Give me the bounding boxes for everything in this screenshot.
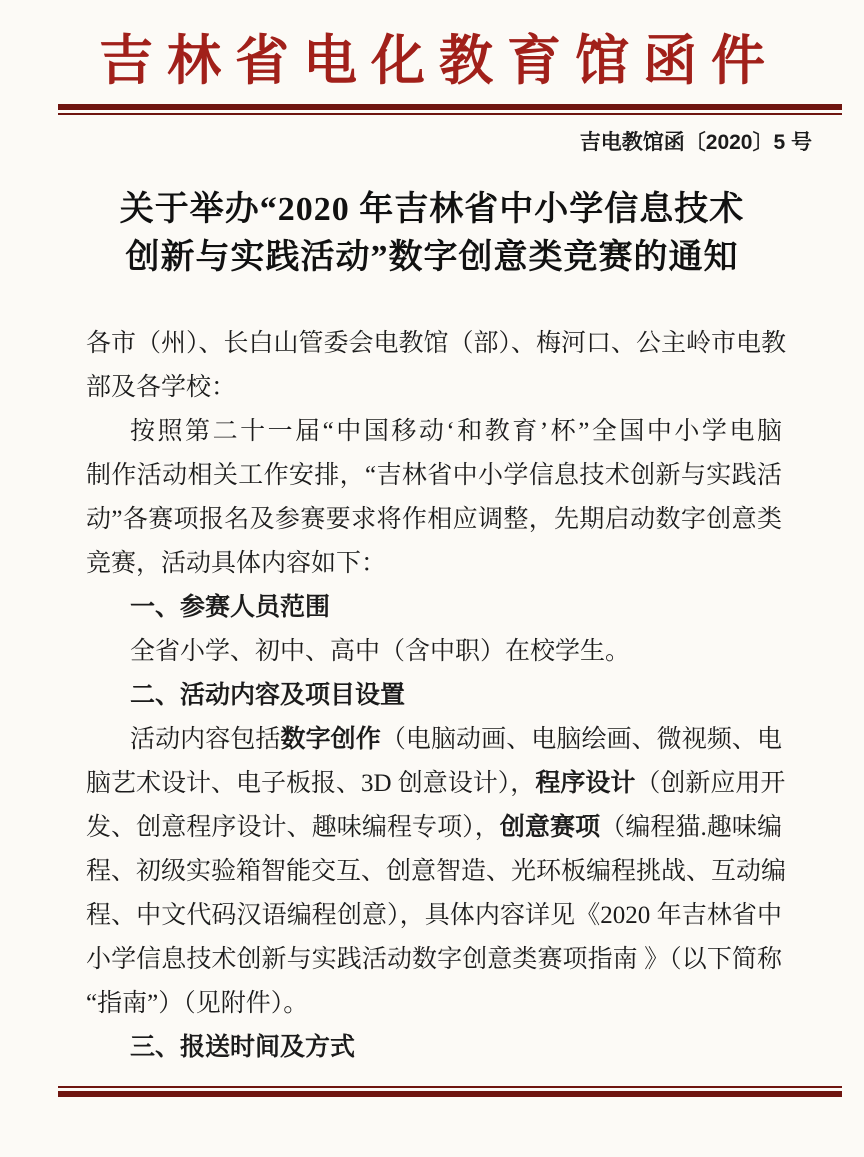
body-line: 按照第二十一届“中国移动‘和教育’杯”全国中小学电脑 — [86, 410, 782, 454]
body-text: 三、报送时间及方式 — [130, 1034, 355, 1061]
emphasis-text: 创意赛项 — [500, 814, 600, 841]
body-line: 竞赛，活动具体内容如下： — [86, 542, 782, 586]
body-text: 部及各学校： — [86, 374, 236, 401]
notice-title-line-2: 创新与实践活动”数字创意类竞赛的通知 — [0, 234, 864, 282]
body-line: 程、中文代码汉语编程创意），具体内容详见《2020 年吉林省中 — [86, 894, 782, 938]
footer-divider — [58, 1086, 842, 1097]
body-text: 制作活动相关工作安排，“吉林省中小学信息技术创新与实践活 — [86, 462, 782, 489]
header-divider — [58, 104, 842, 115]
document-page: 吉林省电化教育馆函件 吉电教馆函〔2020〕5 号 关于举办“2020 年吉林省… — [0, 0, 864, 1157]
divider-thin-bar — [58, 113, 842, 115]
body-line: 二、活动内容及项目设置 — [86, 674, 782, 718]
body-line: 发、创意程序设计、趣味编程专项），创意赛项（编程猫.趣味编 — [86, 806, 782, 850]
body-text: 二、活动内容及项目设置 — [130, 682, 405, 709]
body-text: 小学信息技术创新与实践活动数字创意类赛项指南 》（以下简称 — [86, 946, 782, 973]
body-text: 一、参赛人员范围 — [130, 594, 330, 621]
emphasis-text: 数字创作 — [280, 726, 380, 753]
body-line: “指南”）（见附件）。 — [86, 982, 782, 1026]
body-text: 全省小学、初中、高中（含中职）在校学生。 — [130, 638, 630, 665]
body-line: 各市（州）、长白山管委会电教馆（部）、梅河口、公主岭市电教 — [86, 322, 782, 366]
notice-title: 关于举办“2020 年吉林省中小学信息技术 创新与实践活动”数字创意类竞赛的通知 — [0, 186, 864, 282]
notice-body: 各市（州）、长白山管委会电教馆（部）、梅河口、公主岭市电教部及各学校：按照第二十… — [86, 322, 782, 1070]
body-text: 脑艺术设计、电子板报、3D 创意设计）， — [86, 770, 535, 797]
body-line: 一、参赛人员范围 — [86, 586, 782, 630]
body-line: 部及各学校： — [86, 366, 782, 410]
body-line: 脑艺术设计、电子板报、3D 创意设计），程序设计（创新应用开 — [86, 762, 782, 806]
doc-number: 吉电教馆函〔2020〕5 号 — [580, 130, 812, 156]
emphasis-text: 程序设计 — [535, 770, 635, 797]
body-text: （创新应用开 — [635, 770, 785, 797]
body-line: 三、报送时间及方式 — [86, 1026, 782, 1070]
body-line: 制作活动相关工作安排，“吉林省中小学信息技术创新与实践活 — [86, 454, 782, 498]
body-text: 发、创意程序设计、趣味编程专项）， — [86, 814, 500, 841]
notice-title-line-1: 关于举办“2020 年吉林省中小学信息技术 — [0, 186, 864, 234]
body-line: 全省小学、初中、高中（含中职）在校学生。 — [86, 630, 782, 674]
divider-thick-bar — [58, 1091, 842, 1097]
body-text: 各市（州）、长白山管委会电教馆（部）、梅河口、公主岭市电教 — [86, 330, 786, 357]
body-line: 动”各赛项报名及参赛要求将作相应调整，先期启动数字创意类 — [86, 498, 782, 542]
body-text: （编程猫.趣味编 — [600, 814, 782, 841]
body-text: 程、初级实验箱智能交互、创意智造、光环板编程挑战、互动编 — [86, 858, 786, 885]
body-text: 程、中文代码汉语编程创意），具体内容详见《2020 年吉林省中 — [86, 902, 782, 929]
body-text: 活动内容包括 — [130, 726, 280, 753]
body-line: 活动内容包括数字创作（电脑动画、电脑绘画、微视频、电 — [86, 718, 782, 762]
body-line: 程、初级实验箱智能交互、创意智造、光环板编程挑战、互动编 — [86, 850, 782, 894]
letterhead-title: 吉林省电化教育馆函件 — [0, 24, 864, 98]
body-text: “指南”）（见附件）。 — [86, 990, 308, 1017]
body-text: 竞赛，活动具体内容如下： — [86, 550, 386, 577]
body-text: 动”各赛项报名及参赛要求将作相应调整，先期启动数字创意类 — [86, 506, 782, 533]
body-line: 小学信息技术创新与实践活动数字创意类赛项指南 》（以下简称 — [86, 938, 782, 982]
body-text: 按照第二十一届“中国移动‘和教育’杯”全国中小学电脑 — [130, 418, 782, 445]
body-text: （电脑动画、电脑绘画、微视频、电 — [381, 726, 782, 753]
